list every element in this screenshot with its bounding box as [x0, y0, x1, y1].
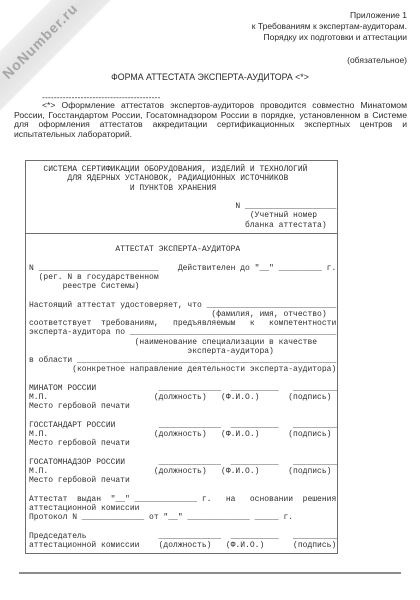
document-page: NoNumber.ru Приложение 1 к Требованиям к… [0, 0, 420, 600]
annex-line: Приложение 1 [252, 10, 407, 21]
page-title: ФОРМА АТТЕСТАТА ЭКСПЕРТА-АУДИТОРА <*> [0, 72, 420, 82]
certificate-box: СИСТЕМА СЕРТИФИКАЦИИ ОБОРУДОВАНИЯ, ИЗДЕЛ… [25, 160, 338, 554]
footnote-block: ----------------------------------------… [14, 94, 407, 139]
bottom-rule [19, 572, 401, 574]
annex-line: Порядку их подготовки и аттестации [252, 32, 407, 43]
annex-line: к Требованиям к экспертам-аудиторам. [252, 21, 407, 32]
footnote-text: <*> Оформление аттестатов экспертов-ауди… [14, 101, 407, 139]
annex-note: Приложение 1 к Требованиям к экспертам-а… [252, 10, 407, 43]
certificate-body-section: АТТЕСТАТ ЭКСПЕРТА-АУДИТОРА N ___________… [26, 233, 337, 554]
certificate-header-section: СИСТЕМА СЕРТИФИКАЦИИ ОБОРУДОВАНИЯ, ИЗДЕЛ… [26, 161, 337, 233]
mandatory-note: (обязательное) [347, 55, 407, 65]
watermark-text: NoNumber.ru [0, 0, 81, 82]
